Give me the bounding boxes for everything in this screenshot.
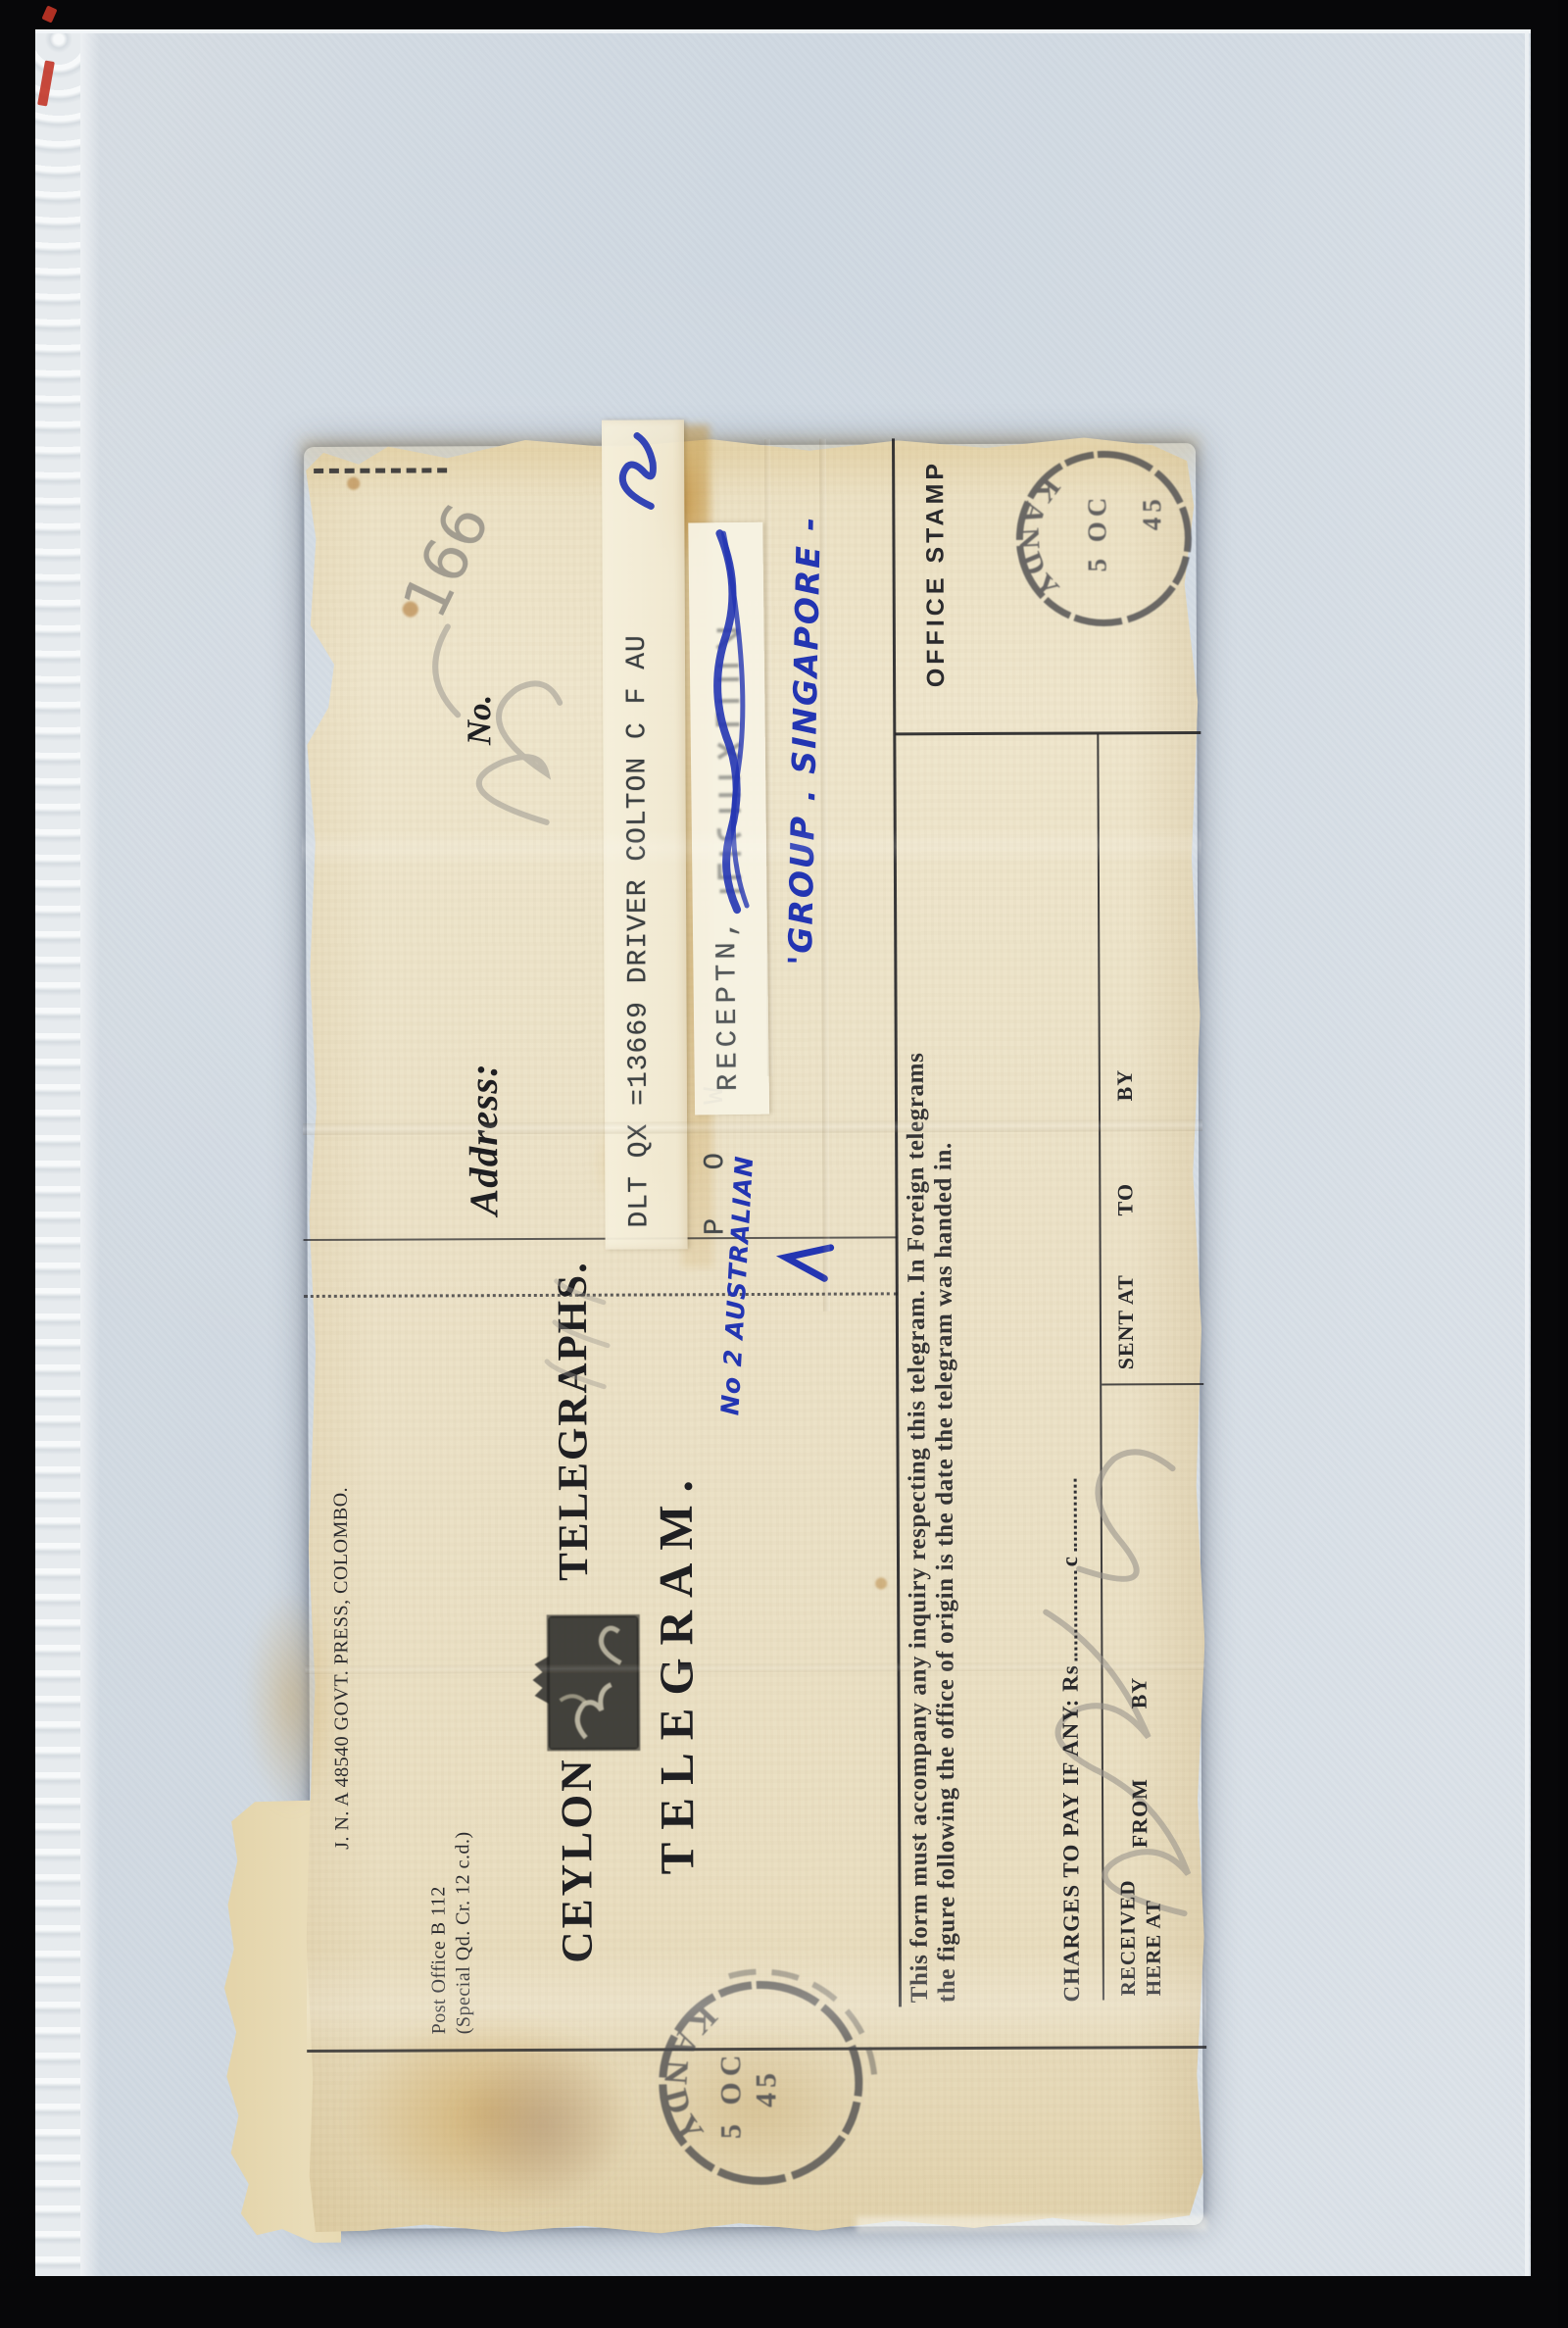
dotted-leader	[1060, 1570, 1077, 1660]
repair-tape-shine	[302, 827, 1201, 867]
header-ceylon: CEYLON	[551, 1757, 603, 1963]
by-right-label: BY	[1112, 1069, 1138, 1102]
notice-line-1: This form must accompany any inquiry res…	[903, 1053, 934, 2004]
royal-crest-icon	[526, 1608, 651, 1758]
pencil-signature-scrawl	[1025, 1359, 1210, 1938]
to-label: TO	[1112, 1183, 1138, 1216]
typed-receptn: RECEPTN,	[710, 916, 745, 1092]
pencil-scrawl	[399, 587, 576, 843]
postmark-year-top: 45	[1137, 494, 1167, 530]
blue-ink-scribble	[612, 429, 662, 512]
postmark-year-bottom: 45	[750, 2068, 783, 2107]
sleeve-edge-highlight	[80, 29, 100, 2276]
postmark-town-text: KANDY	[1000, 468, 1087, 616]
svg-text:KANDY: KANDY	[1000, 468, 1087, 616]
address-label: Address:	[460, 1063, 508, 1215]
by-left-label: BY	[1127, 1677, 1152, 1709]
sleeve-right-edge	[1525, 29, 1529, 2276]
right-border-dashes	[314, 468, 447, 473]
repair-tape-shine	[307, 1946, 1206, 2056]
from-label: FROM	[1127, 1778, 1152, 1848]
sleeve-top-edge	[35, 29, 1531, 33]
dotted-leader	[1060, 1479, 1077, 1552]
charges-row: CHARGES TO PAY IF ANY: Rs c	[1057, 1479, 1085, 2003]
red-pen-mark	[41, 5, 57, 23]
telegram-document: J. N. A 48540 GOVT. PRESS, COLOMBO. Post…	[300, 437, 1207, 2235]
pencil-marks	[535, 1240, 618, 1397]
notice-line-2: the figure following the office of origi…	[930, 1142, 961, 2003]
typed-address-line: DLT QX =13669 DRIVER COLTON C F AU	[622, 634, 656, 1227]
sent-at-label: SENT AT	[1113, 1274, 1139, 1369]
photo-black-border	[1558, 0, 1568, 2328]
photo-of-telegram: J. N. A 48540 GOVT. PRESS, COLOMBO. Post…	[0, 0, 1568, 2328]
charges-cents-label: c	[1057, 1556, 1082, 1566]
postmark-date-bottom: 5 OC	[714, 2050, 748, 2140]
postmark-date-top: 5 OC	[1082, 493, 1112, 572]
sleeve-punched-edge	[35, 29, 80, 2276]
office-stamp-label: OFFICE STAMP	[921, 460, 951, 687]
